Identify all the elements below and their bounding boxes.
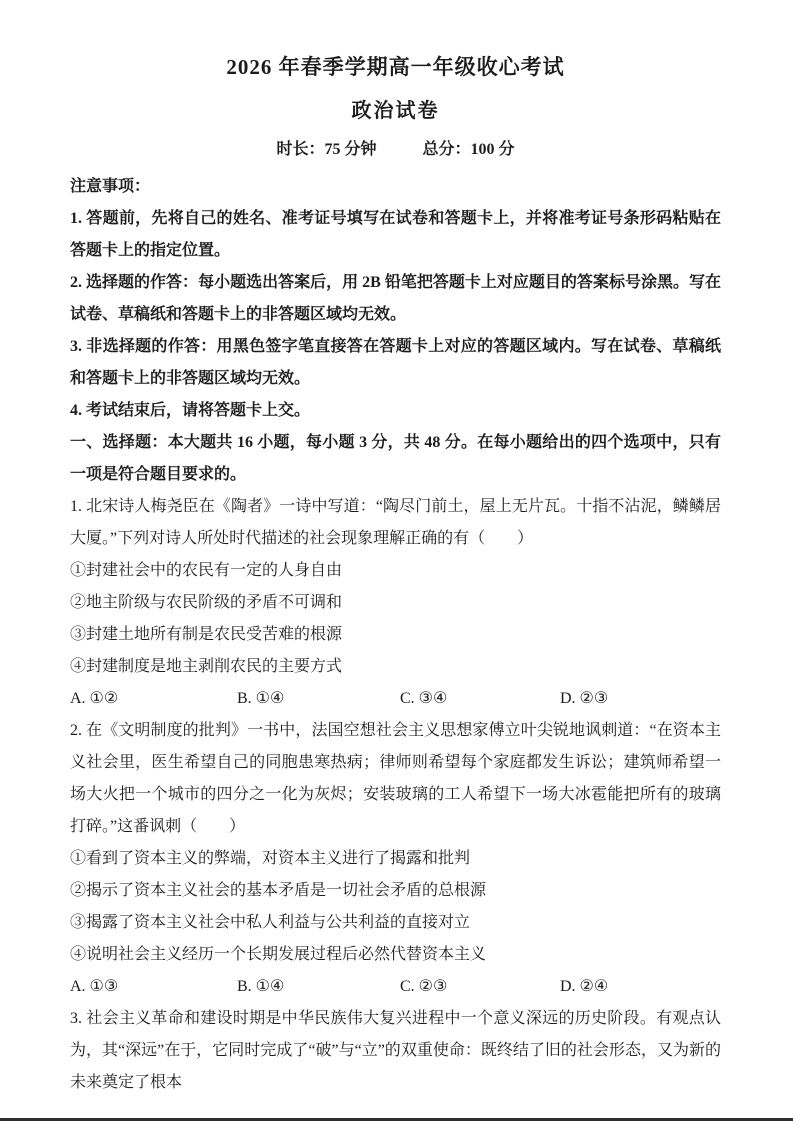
exam-body: 注意事项： 1. 答题前，先将自己的姓名、准考证号填写在试卷和答题卡上，并将准考…	[70, 171, 721, 1099]
question-2-option-a: A. ①③	[70, 971, 237, 1003]
question-2-option-c: C. ②③	[400, 971, 560, 1003]
duration-label: 时长：75 分钟	[276, 141, 376, 158]
exam-subtitle: 政治试卷	[70, 97, 721, 125]
notice-item-4: 4. 考试结束后，请将答题卡上交。	[70, 395, 721, 427]
question-3-stem: 3. 社会主义革命和建设时期是中华民族伟大复兴进程中一个意义深远的历史阶段。有观…	[70, 1003, 721, 1099]
question-1: 1. 北宋诗人梅尧臣在《陶者》一诗中写道：“陶尽门前土，屋上无片瓦。十指不沾泥，…	[70, 491, 721, 715]
question-1-item-1: ①封建社会中的农民有一定的人身自由	[70, 555, 721, 587]
notices-block: 注意事项： 1. 答题前，先将自己的姓名、准考证号填写在试卷和答题卡上，并将准考…	[70, 171, 721, 427]
question-1-option-c: C. ③④	[400, 683, 560, 715]
question-1-item-4: ④封建制度是地主剥削农民的主要方式	[70, 651, 721, 683]
question-2-option-b: B. ①④	[237, 971, 400, 1003]
question-1-option-b: B. ①④	[237, 683, 400, 715]
question-1-item-3: ③封建土地所有制是农民受苦难的根源	[70, 619, 721, 651]
page-bottom-edge	[0, 1118, 793, 1121]
question-2-item-1: ①看到了资本主义的弊端，对资本主义进行了揭露和批判	[70, 843, 721, 875]
question-2: 2. 在《文明制度的批判》一书中，法国空想社会主义思想家傅立叶尖锐地讽刺道：“在…	[70, 715, 721, 1003]
notices-heading: 注意事项：	[70, 171, 721, 203]
exam-meta: 时长：75 分钟 总分：100 分	[70, 138, 721, 162]
notice-item-3: 3. 非选择题的作答：用黑色签字笔直接答在答题卡上对应的答题区域内。写在试卷、草…	[70, 331, 721, 395]
question-1-options: A. ①② B. ①④ C. ③④ D. ②③	[70, 683, 721, 715]
section-heading: 一、选择题：本大题共 16 小题，每小题 3 分，共 48 分。在每小题给出的四…	[70, 427, 721, 491]
question-2-item-3: ③揭露了资本主义社会中私人利益与公共利益的直接对立	[70, 907, 721, 939]
notice-item-1: 1. 答题前，先将自己的姓名、准考证号填写在试卷和答题卡上，并将准考证号条形码粘…	[70, 203, 721, 267]
question-1-item-2: ②地主阶级与农民阶级的矛盾不可调和	[70, 587, 721, 619]
question-2-option-d: D. ②④	[560, 971, 721, 1003]
question-2-item-4: ④说明社会主义经历一个长期发展过程后必然代替资本主义	[70, 939, 721, 971]
total-score-label: 总分：100 分	[423, 141, 515, 158]
exam-paper-page: 2026 年春季学期高一年级收心考试 政治试卷 时长：75 分钟 总分：100 …	[0, 0, 793, 1122]
question-3: 3. 社会主义革命和建设时期是中华民族伟大复兴进程中一个意义深远的历史阶段。有观…	[70, 1003, 721, 1099]
question-2-item-2: ②揭示了资本主义社会的基本矛盾是一切社会矛盾的总根源	[70, 875, 721, 907]
exam-title: 2026 年春季学期高一年级收心考试	[70, 52, 721, 82]
question-1-option-a: A. ①②	[70, 683, 237, 715]
notice-item-2: 2. 选择题的作答：每小题选出答案后，用 2B 铅笔把答题卡上对应题目的答案标号…	[70, 267, 721, 331]
question-2-stem: 2. 在《文明制度的批判》一书中，法国空想社会主义思想家傅立叶尖锐地讽刺道：“在…	[70, 715, 721, 843]
question-2-options: A. ①③ B. ①④ C. ②③ D. ②④	[70, 971, 721, 1003]
question-1-option-d: D. ②③	[560, 683, 721, 715]
question-1-stem: 1. 北宋诗人梅尧臣在《陶者》一诗中写道：“陶尽门前土，屋上无片瓦。十指不沾泥，…	[70, 491, 721, 555]
